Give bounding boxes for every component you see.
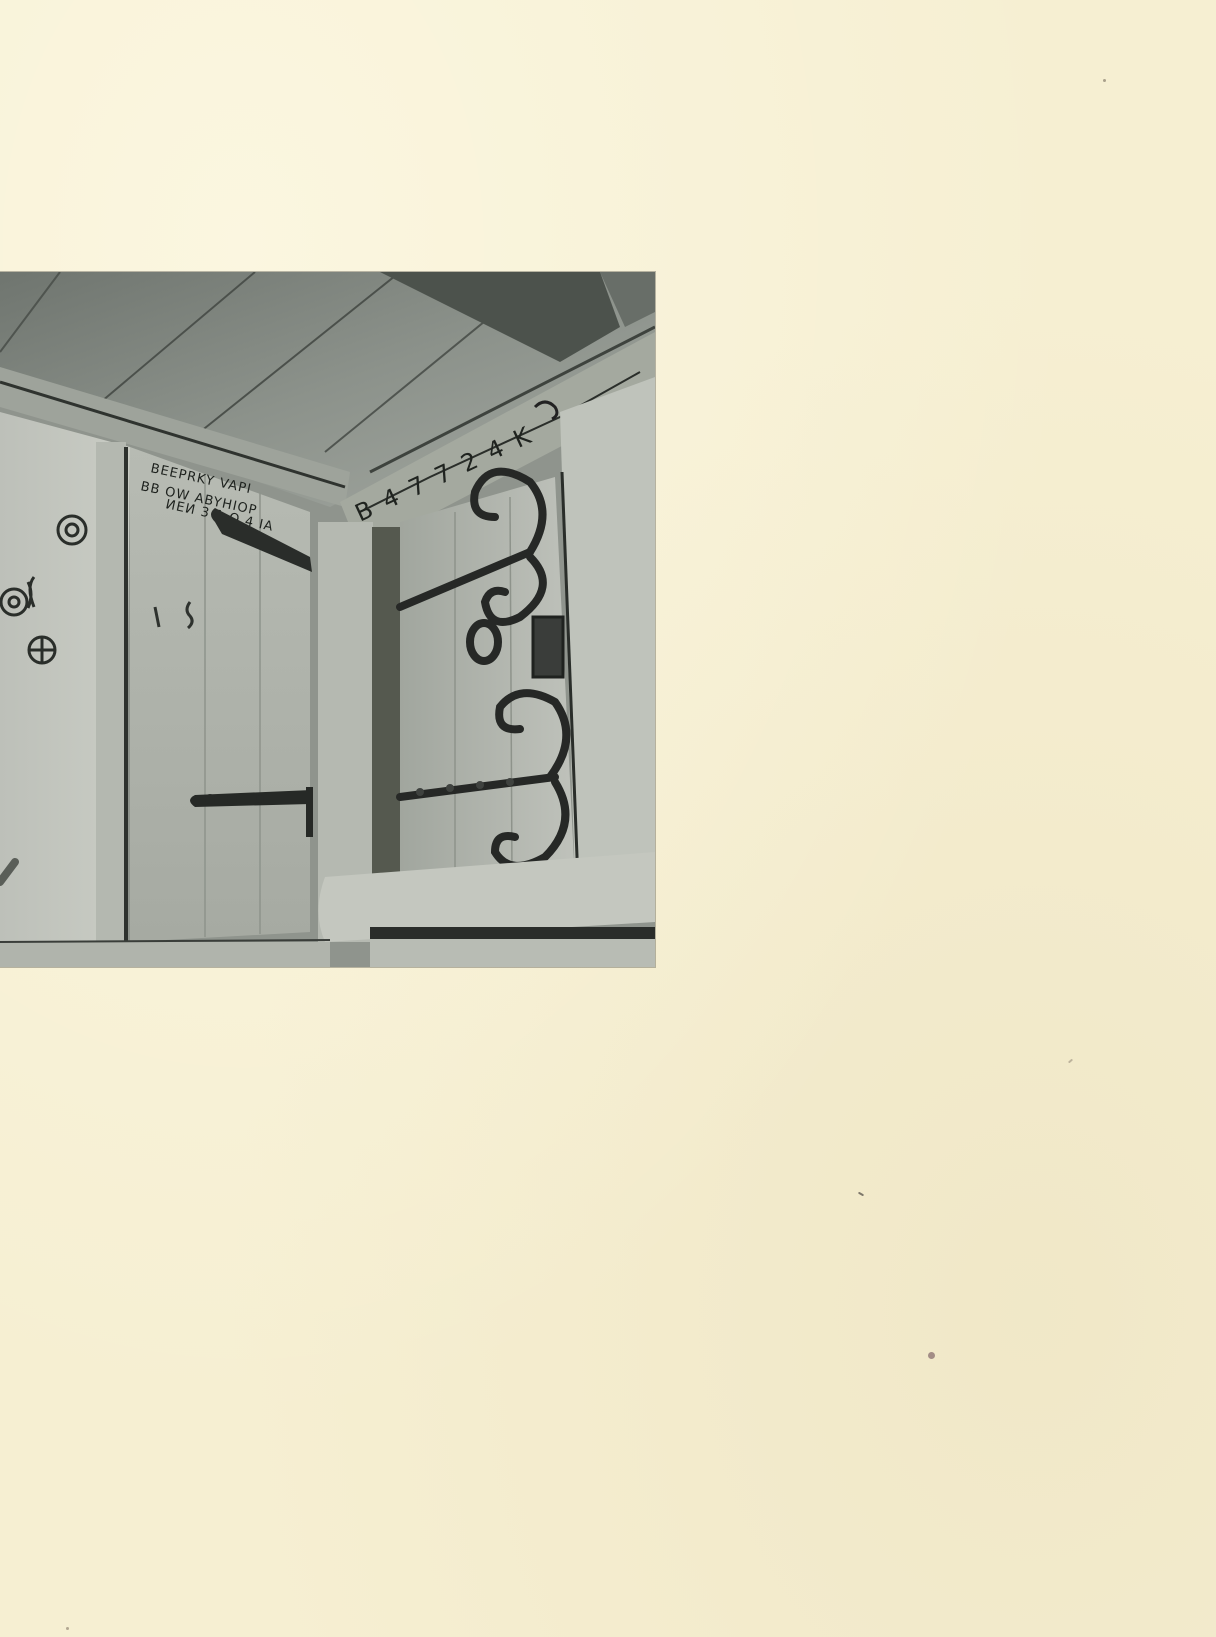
floor-board: [0, 942, 330, 967]
photo-scene: B 4 7 7 2 4 K BEEPRKY VAPI BB OW ABYHIOP…: [0, 272, 655, 967]
paper-speck: [1103, 79, 1106, 82]
left-door-post: [96, 442, 126, 952]
paper-speck: [66, 1627, 69, 1630]
paper-speck: [858, 1192, 864, 1197]
photograph: Black-and-white photograph of a wooden s…: [0, 272, 655, 967]
paper-sheet: Black-and-white photograph of a wooden s…: [0, 0, 1216, 1637]
right-portal-door: [400, 477, 575, 882]
paper-speck: [928, 1352, 935, 1359]
paper-speck: [1068, 1059, 1073, 1064]
door-lock: [533, 617, 563, 677]
